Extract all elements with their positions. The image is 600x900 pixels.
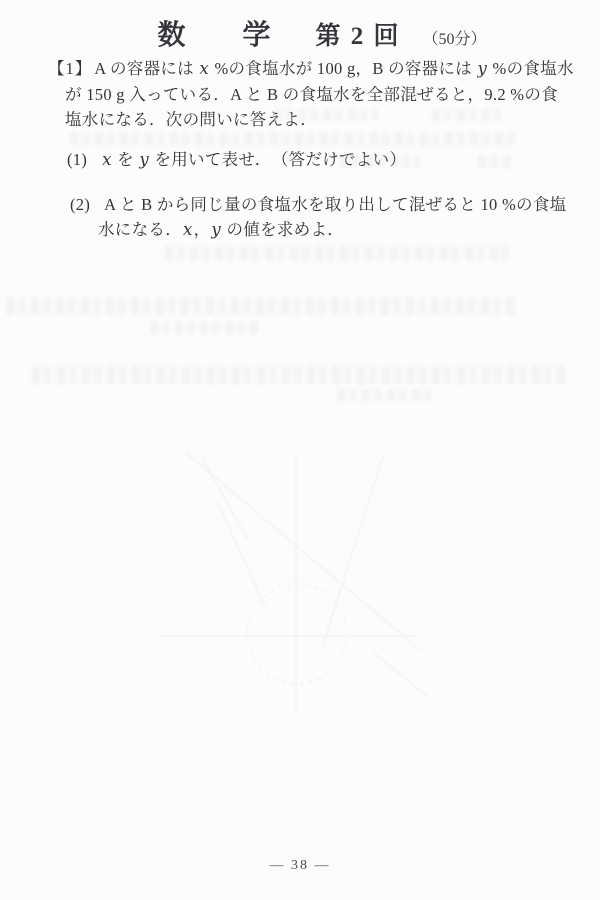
variable-x: x <box>198 59 210 78</box>
title-subject-char-2: 学 <box>242 20 271 51</box>
ghost-bleedthrough-row <box>70 132 520 146</box>
question-2-line-1: (2)A と B から同じ量の食塩水を取り出して混ぜると 10 %の食塩 <box>70 197 566 214</box>
question-2-text-c: の値を求めよ． <box>222 220 344 239</box>
ghost-bleedthrough-row <box>165 246 510 261</box>
ghost-bleedthrough-row <box>337 389 432 401</box>
ghost-bleedthrough-row <box>432 109 502 121</box>
ghost-bleedthrough-row <box>32 366 567 384</box>
ghost-bleedthrough-row <box>6 297 518 315</box>
exam-page: 数学第 2 回（50分） 【1】A の容器には x %の食塩水が 100 g，B… <box>0 0 600 900</box>
exam-title: 数学第 2 回（50分） <box>22 13 600 53</box>
problem-1-intro-line-1: 【1】A の容器には x %の食塩水が 100 g，B の容器には y %の食塩… <box>48 61 574 78</box>
question-2-text-b: ， <box>194 220 211 239</box>
intro-line-1-text-c: %の食塩水 <box>488 59 574 78</box>
question-2-text-a: 水になる． <box>98 220 182 239</box>
intro-line-1-text-b: %の食塩水が 100 g，B の容器には <box>210 59 476 78</box>
page-number: — 38 — <box>0 858 600 874</box>
ghost-bleedthrough-row <box>150 321 260 334</box>
ghost-bleedthrough-diagram <box>140 430 460 730</box>
question-2-line-2: 水になる．x，y の値を求めよ． <box>98 222 344 239</box>
question-2-text: A と B から同じ量の食塩水を取り出して混ぜると 10 %の食塩 <box>104 195 566 214</box>
variable-x: x <box>182 220 194 239</box>
variable-y: y <box>477 59 489 78</box>
title-subject-char-1: 数 <box>157 20 186 51</box>
variable-x: x <box>101 150 113 169</box>
ghost-bleedthrough-row <box>340 155 420 168</box>
variable-y: y <box>210 220 222 239</box>
question-1-text-a: を <box>113 150 139 169</box>
ghost-bleedthrough-row <box>273 109 378 121</box>
question-1-number: (1) <box>67 150 87 169</box>
problem-1-label: 【1】 <box>48 59 92 78</box>
question-2-number: (2) <box>70 195 90 214</box>
title-duration: （50分） <box>423 31 487 48</box>
title-session: 第 2 回 <box>316 23 401 50</box>
ghost-bleedthrough-row <box>478 155 514 168</box>
variable-y: y <box>138 150 150 169</box>
intro-line-1-text-a: A の容器には <box>94 59 198 78</box>
problem-1-intro-line-2: が 150 g 入っている．A と B の食塩水を全部混ぜると，9.2 %の食 <box>65 87 558 104</box>
